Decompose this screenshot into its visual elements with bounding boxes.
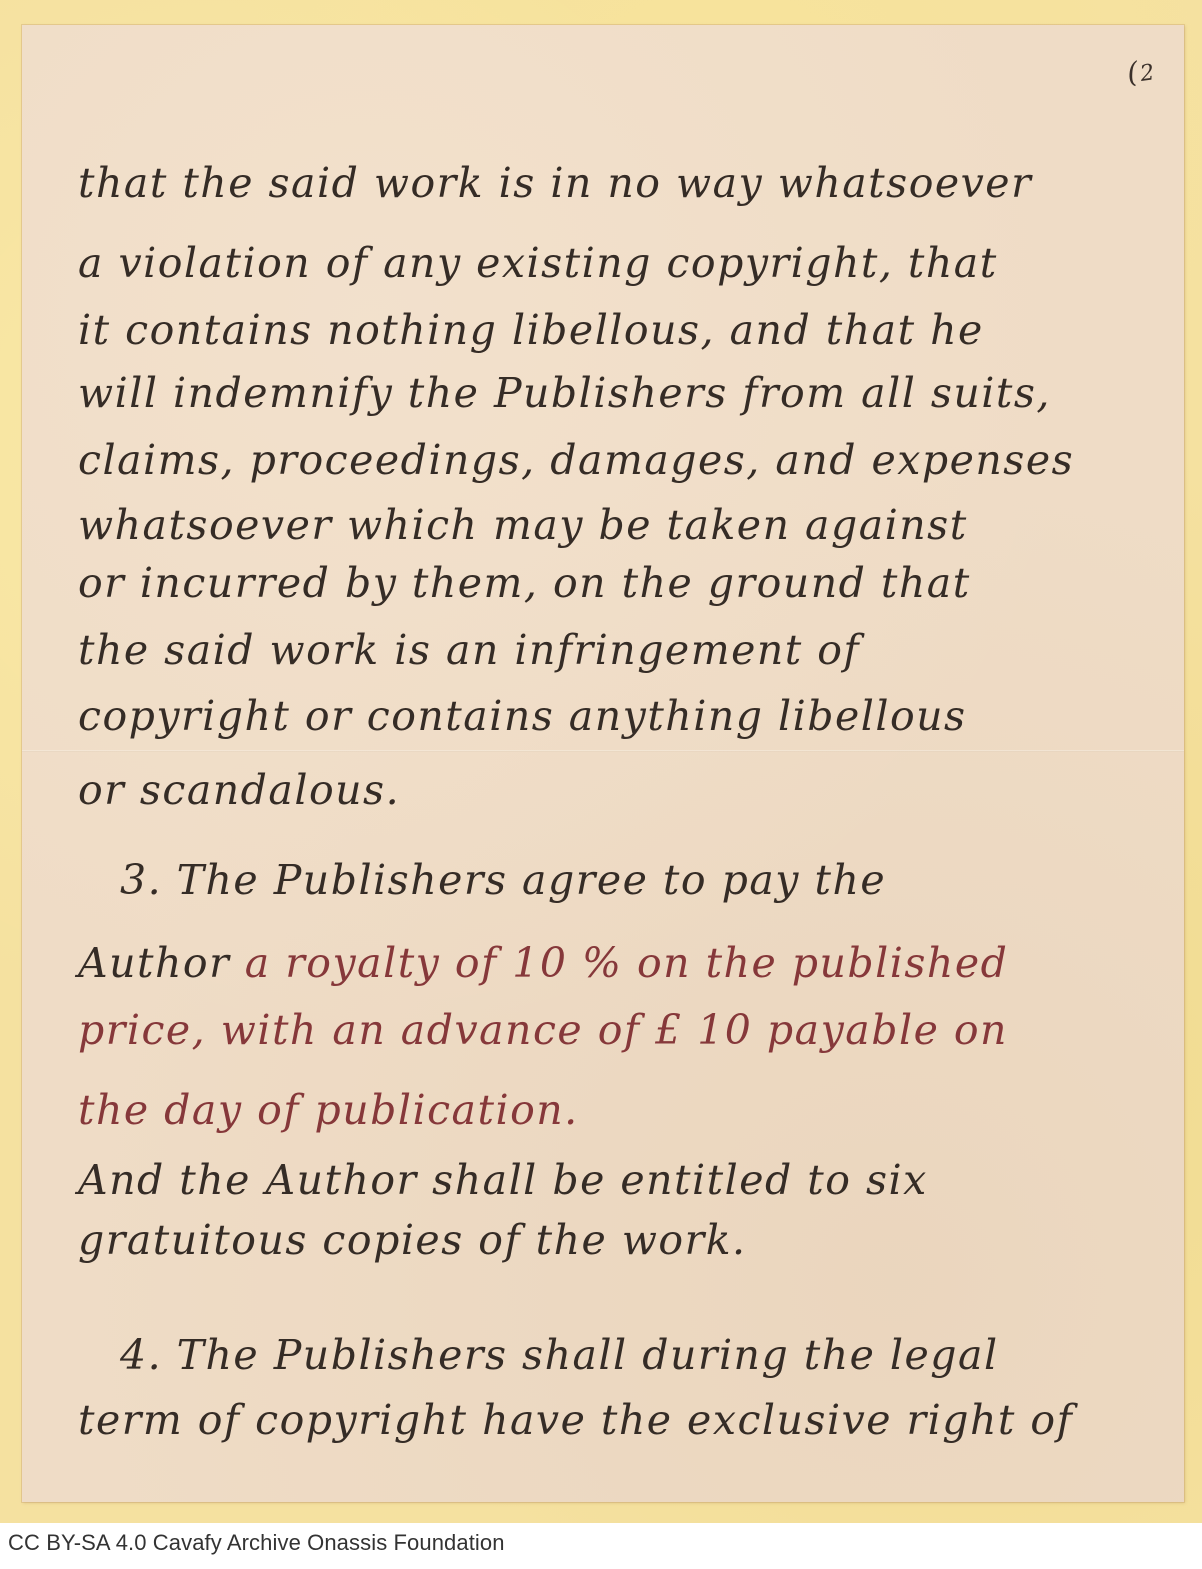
manuscript-line: whatsoever which may be taken against (78, 505, 968, 546)
license-credit: CC BY-SA 4.0 Cavafy Archive Onassis Foun… (8, 1530, 505, 1556)
publication-day-line: the day of publication. (78, 1090, 579, 1131)
page-number: (2 (1125, 53, 1156, 89)
royalty-line-dark-text: Author (78, 939, 245, 987)
manuscript-line: or scandalous. (78, 770, 400, 811)
clause-4-heading-line: 4. The Publishers shall during the legal (120, 1335, 999, 1376)
paper-fold-line (22, 750, 1184, 752)
manuscript-line: claims, proceedings, damages, and expens… (78, 440, 1074, 481)
manuscript-line: the said work is an infringement of (78, 630, 860, 671)
manuscript-line: or incurred by them, on the ground that (78, 563, 971, 604)
manuscript-line: a violation of any existing copyright, t… (78, 243, 998, 284)
advance-line: price, with an advance of £ 10 payable o… (78, 1010, 1008, 1051)
page-number-bracket-icon: ( (1125, 56, 1140, 90)
royalty-line-red-text: a royalty of 10 % on the published (245, 939, 1009, 987)
royalty-line: Author a royalty of 10 % on the publishe… (78, 943, 1008, 984)
manuscript-line: it contains nothing libellous, and that … (78, 310, 984, 351)
clause-3-heading-line: 3. The Publishers agree to pay the (120, 860, 886, 901)
manuscript-line: And the Author shall be entitled to six (78, 1160, 928, 1201)
manuscript-line: will indemnify the Publishers from all s… (78, 373, 1051, 414)
manuscript-line: that the said work is in no way whatsoev… (78, 163, 1032, 204)
manuscript-line: term of copyright have the exclusive rig… (78, 1400, 1073, 1441)
manuscript-line: gratuitous copies of the work. (78, 1220, 747, 1261)
manuscript-line: copyright or contains anything libellous (78, 696, 967, 737)
